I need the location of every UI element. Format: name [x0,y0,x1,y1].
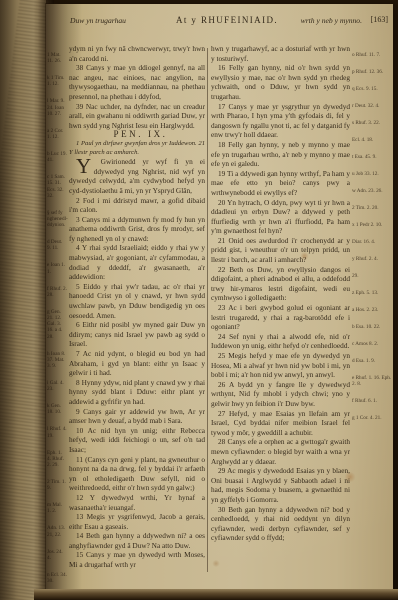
margin-note: e Rhuf. 1. 16. Eph. 2. 8. [352,375,392,387]
verse: 19 Ti a ddywedi gan hynny wrthyf, Pa ham… [211,169,350,198]
running-header-right: wrth y neb y mynno. [301,16,362,26]
verse-1: YGwirionedd yr wyf fi yn ei ddywedyd yng… [69,157,205,195]
verse: 28 Canys efe a orphen ac a gwttoga'r gwa… [211,437,350,466]
margin-note: 1 Mat. 11. 26. [47,52,67,64]
verse: 13 Megis yr ysgrifenwyd, Jacob a gerais,… [69,512,205,531]
margin-note: m Mal. 1. 2. [47,502,67,514]
margin-note: q Ecs. 9. 15. [352,86,392,92]
verse: 4 Y rhai sydd Israeliaid; eiddo y rhai y… [69,243,205,281]
verse: 10 Ac nid hyn yn unig; eithr Rebecca hef… [69,426,205,455]
bible-page: Duw yn trugarhau At y RHUFEINIAID. wrth … [46,4,393,590]
margin-note: 29. [352,273,392,279]
verse: 15 Canys y mae yn dywedyd wrth Moses, Mi… [69,550,205,569]
margin-note: s Rhuf. 3. 22. [352,120,392,126]
margin-note: z Eph. 5. 13. [352,290,392,296]
margin-note: Jos. 24. 4. [47,549,67,561]
verse: 12 Y dywedwyd wrthi, Yr hynaf a wasanaet… [69,493,205,512]
margin-note: u Job 33. 12. [352,171,392,177]
verses-romans-8: 38 Canys y mae yn ddiogel gennyf, na all… [69,63,205,130]
margin-note: p Rhuf. 12. 36. [352,69,392,75]
margin-note: h Ioan 8. 37. Mat. 3. 9. [47,351,67,370]
verses-right: 16 Felly gan hynny, nid o'r hwn sydd yn … [211,63,350,543]
margin-note: y Rhuf. 2. 4. [352,256,392,262]
verse: 3 Canys mi a ddymunwn fy mod fy hun yn a… [69,215,205,244]
margin-note: w Adn. 23. 26. [352,188,392,194]
margin-note: c 1 Sam. 15. 31. Ecs. 32. 32. [47,174,67,199]
margin-note: t Esa. 45. 9. [352,154,392,160]
margin-note: l Rhuf. 4. 19. [47,426,67,438]
verse: 39 Nac uchder, na dyfnder, nac un creadu… [69,102,205,131]
verse: 11 (Canys cyn geni y plant, na gwneuthur… [69,455,205,493]
margin-note: a 2 Cor. 1. 12. [47,128,67,140]
left-column: ydym ni yn fwy nâ chwncwerwyr, trwy'r hw… [69,44,205,576]
margin-note: l Mar. 9. 24. Ioan 10. 27. [47,98,67,117]
verse: 25 Megis hefyd y mae efe yn dywedyd yn H… [211,351,350,380]
margin-note: Eph. 1. 4. Rhuf. 2. 29. [47,450,67,469]
margin-note: a Hos. 2. 23. [352,307,392,313]
margin-note: k 1 Tim. 1. 12. [47,75,67,87]
verse-continuation: ydym ni yn fwy nâ chwncwerwyr, trwy'r hw… [69,44,205,63]
verse: 7 Ac nid ydynt, o blegid eu bod yn had A… [69,349,205,378]
margin-note: x 1 Pedr 2. 10. [352,222,392,228]
page-number: [163] [371,15,388,25]
margin-note: d Deut. 9. 11. [47,239,67,251]
text-area: 1 Mat. 11. 26.k 1 Tim. 1. 12.l Mar. 9. 2… [46,44,393,582]
verse: 23 Ac i beri gwybod golud ei ogoniant ar… [211,303,350,332]
verse: 30 Beth gan hynny a ddywedwn ni? bod y c… [211,505,350,543]
margin-note: i Gal. 4. 23. [47,380,67,392]
margin-note: b Luc 19. 41. [47,151,67,163]
margin-note: r Deut. 32. 4. [352,103,392,109]
chapter-heading: PEN. IX. [69,130,205,140]
drop-cap: Y [69,157,94,175]
verse: 5 Eiddo y rhai yw'r tadau, ac o'r rhai y… [69,282,205,320]
column-divider [207,48,208,572]
margin-note: Diar. 16. 4. [352,239,392,245]
right-margin-notes: o Rhuf. 11. 7.p Rhuf. 12. 36.q Ecs. 9. 1… [352,52,392,421]
margin-note: o Rhuf. 11. 7. [352,52,392,58]
margin-note: g Gen. 21. 12. Gal. 3. 16. a 4. 28. [47,309,67,340]
page-bottom-edge [34,589,398,600]
margin-note: d Esa. 1. 9. [352,358,392,364]
verse: 2 Fod i mi ddristyd mawr, a gofid dibaid… [69,196,205,215]
margin-note: Adn. 13. 21, 22. [47,525,67,537]
verse: 29 Ac megis y dywedodd Esaias yn y blaen… [211,466,350,504]
running-header-left: Duw yn trugarhau [70,16,126,26]
verse: 18 Felly gan hynny, y neb y mynno y mae … [211,140,350,169]
margin-note: f Rhuf. 2. 28. [47,286,67,298]
margin-note: § sef fy nghenedl-ddynion. [47,210,67,229]
left-margin-notes: 1 Mat. 11. 26.k 1 Tim. 1. 12.l Mar. 9. 2… [47,52,67,590]
verse: 14 Beth gan hynny a ddywedwn ni? a oes a… [69,531,205,550]
margin-note: c Amos 8. 2. [352,341,392,347]
margin-note: k Gen. 18. 10. [47,403,67,415]
verse: 26 A bydd yn y fangre lle y dywedwyd wrt… [211,380,350,409]
verse: 22 Beth os Duw, yn ewyllysio dangos ei d… [211,265,350,303]
chapter-argument: 1 Paul yn dirfawr gwynfan dros yr Iuddew… [69,140,205,157]
verse: 21 Onid oes awdurdod i'r crochenydd ar y… [211,236,350,265]
verse: 17 Canys y mae yr ysgrythur yn dywedyd w… [211,102,350,140]
running-header: Duw yn trugarhau At y RHUFEINIAID. wrth … [66,15,388,28]
margin-note: b Esa. 10. 22. [352,324,392,330]
margin-note: 2 Tim. 1. 9. [47,479,67,491]
verse: 27 Hefyd, y mae Esaias yn llefain am yr … [211,409,350,438]
verse: 20 Yn hytrach, O ddyn, pwy wyt ti yr hwn… [211,198,350,236]
verse: 6 Eithr nid posibl yw myned gair Duw yn … [69,320,205,349]
margin-note: 2 Tim. 2. 20. [352,205,392,211]
right-column: hwn y trugarhawyf, ac a dosturiaf wrth y… [211,44,350,576]
margin-note: n Ecl. 34. 30. [47,572,67,584]
margin-note: g 1 Cor. 4. 21. [352,415,392,421]
margin-note: Ecl. 4. 18. [352,137,392,143]
running-header-title: At y RHUFEINIAID. [176,15,278,25]
verse: 8 Hynny ydyw, nid plant y cnawd yw y rha… [69,378,205,407]
verse: 24 Sef nyni y rhai a alwodd efe, nid o'r… [211,332,350,351]
book-photo: Duw yn trugarhau At y RHUFEINIAID. wrth … [0,0,398,600]
verses-left: 2 Fod i mi ddristyd mawr, a gofid dibaid… [69,196,205,570]
margin-note: f Rhuf. 6. 1. [352,398,392,404]
verse: 38 Canys y mae yn ddiogel gennyf, na all… [69,63,205,101]
verse: 9 Canys gair yr addewid yw hwn, Ar yr am… [69,407,205,426]
verse: 16 Felly gan hynny, nid o'r hwn sydd yn … [211,63,350,101]
margin-note: e Ioan 1. 1. [47,262,67,274]
verse-continuation: hwn y trugarhawyf, ac a dosturiaf wrth y… [211,44,350,63]
